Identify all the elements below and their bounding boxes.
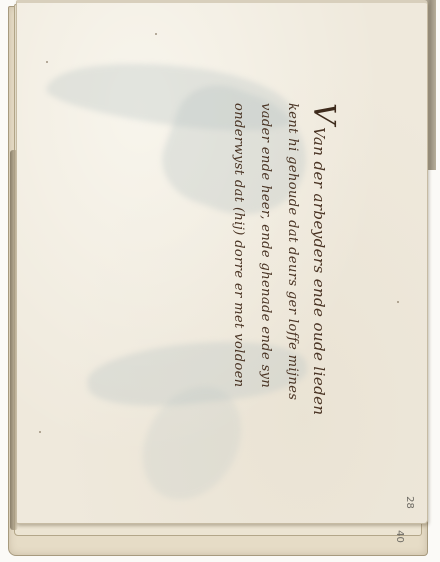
manuscript-page: VVan der arbeyders ende oude lieden kent… xyxy=(16,0,428,524)
handwritten-lines: VVan der arbeyders ende oude lieden kent… xyxy=(225,103,333,443)
folio-number: 28 xyxy=(404,496,415,509)
folio-number-underlying: 40 xyxy=(394,530,405,543)
paper-speck xyxy=(397,301,399,303)
decorated-initial: V xyxy=(306,103,341,125)
paper-speck xyxy=(39,431,41,433)
script-line-2: kent hi gehoude dat deurs ger loffe mijn… xyxy=(279,103,306,443)
paper-speck xyxy=(155,33,157,35)
script-line-1-text: Van der arbeyders ende oude lieden xyxy=(310,127,328,415)
script-line-1: VVan der arbeyders ende oude lieden xyxy=(306,103,333,443)
paper-speck xyxy=(46,61,48,63)
handwritten-text-block: VVan der arbeyders ende oude lieden kent… xyxy=(213,103,333,443)
manuscript-scan: VVan der arbeyders ende oude lieden kent… xyxy=(0,0,440,562)
script-line-3: vader ende heer, ende ghenade ende syn xyxy=(252,103,279,443)
script-line-4: onderwyst dat (hij) dorre er met voldoen xyxy=(225,103,252,443)
